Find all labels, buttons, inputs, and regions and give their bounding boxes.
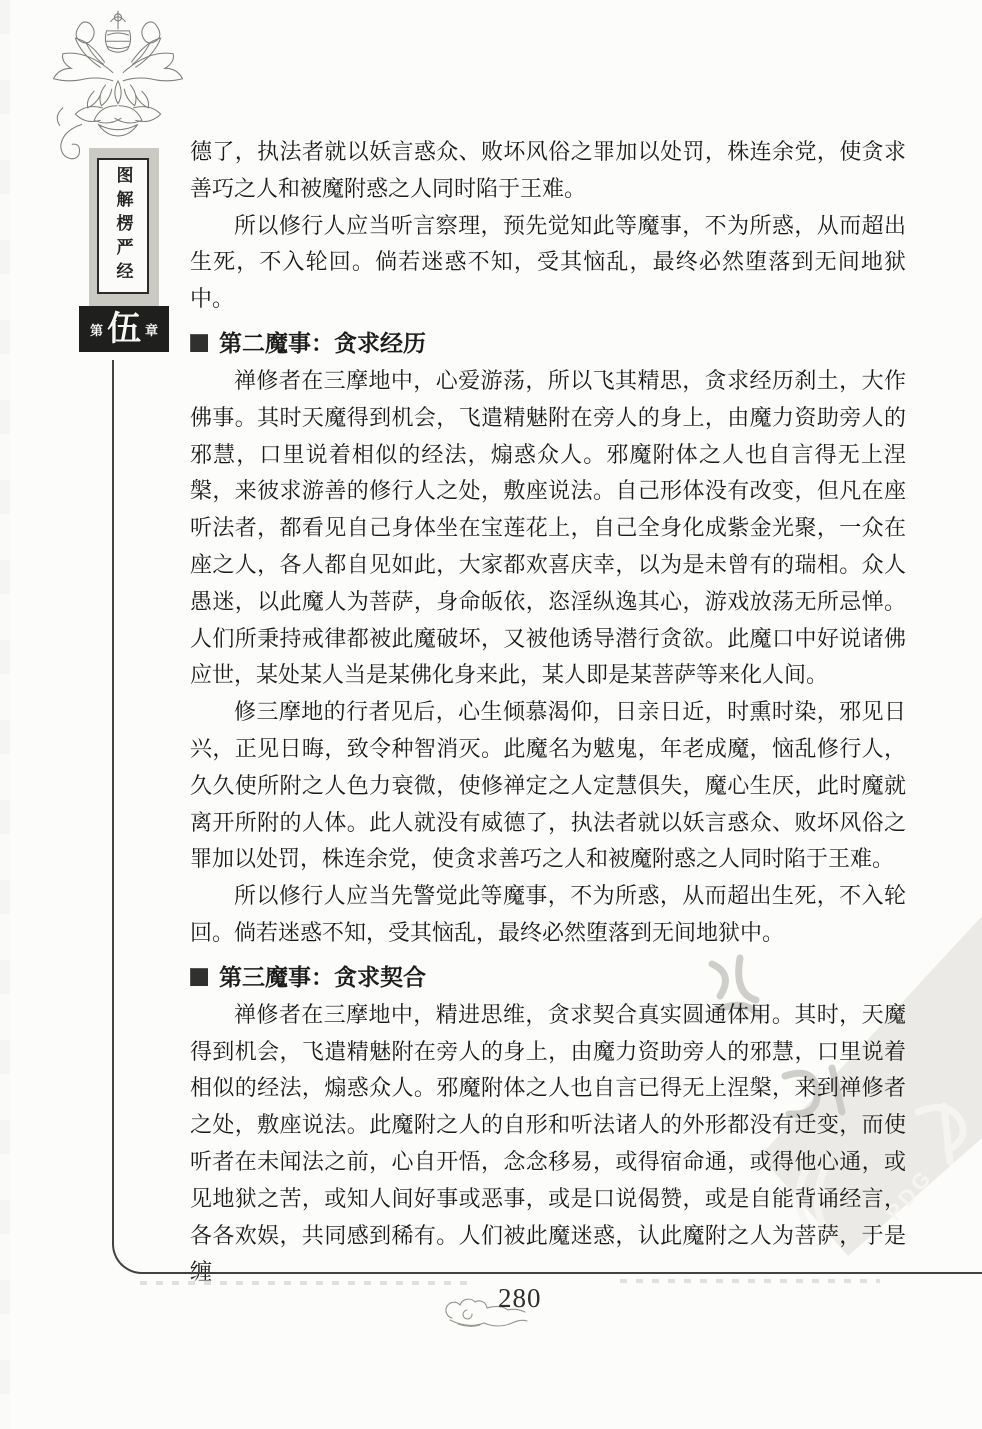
paragraph: 修三摩地的行者见后，心生倾慕渴仰，日亲日近，时熏时染，邪见日兴，正见日晦，致令种… [190,694,906,878]
section-bullet-icon [190,334,208,352]
page-number: 280 [498,1283,542,1314]
section-bullet-icon [190,968,208,986]
paragraph: 禅修者在三摩地中，精进思维，贪求契合真实圆通体用。其时，天魔得到机会，飞遣精魅附… [190,997,906,1291]
book-title-box: 图解楞严经 [97,158,149,294]
paragraph: 禅修者在三摩地中，心爱游荡，所以飞其精思，贪求经历刹土，大作佛事。其时天魔得到机… [190,363,906,694]
section-heading-2: 第二魔事：贪求经历 [190,330,906,356]
sidebar-band: 图解楞严经 [89,148,159,308]
scan-noise [620,1279,880,1283]
chapter-suffix: 章 [145,320,158,339]
lotus-ornament-icon [50,8,186,164]
scan-noise [140,1281,470,1285]
book-title: 图解楞严经 [111,166,136,286]
chapter-numeral: 伍 [107,312,141,346]
main-text: 德了，执法者就以妖言惑众、败坏风俗之罪加以处罚，株连余党，使贪求善巧之人和被魔附… [190,134,906,1291]
paragraph-continuation: 德了，执法者就以妖言惑众、败坏风俗之罪加以处罚，株连余党，使贪求善巧之人和被魔附… [190,134,906,208]
book-page: 图解楞严经 第 伍 章 [0,0,982,1429]
section-heading-3: 第三魔事：贪求契合 [190,964,906,990]
chapter-prefix: 第 [90,320,103,339]
section-heading-label: 第二魔事：贪求经历 [219,330,426,356]
section-heading-label: 第三魔事：贪求契合 [219,964,426,990]
paragraph: 所以修行人应当听言察理，预先觉知此等魔事，不为所惑，从而超出生死，不入轮回。倘若… [190,208,906,318]
scan-edge-artifact [0,0,10,1429]
paragraph: 所以修行人应当先警觉此等魔事，不为所惑，从而超出生死，不入轮回。倘若迷惑不知，受… [190,878,906,952]
chapter-box: 第 伍 章 [79,306,169,352]
